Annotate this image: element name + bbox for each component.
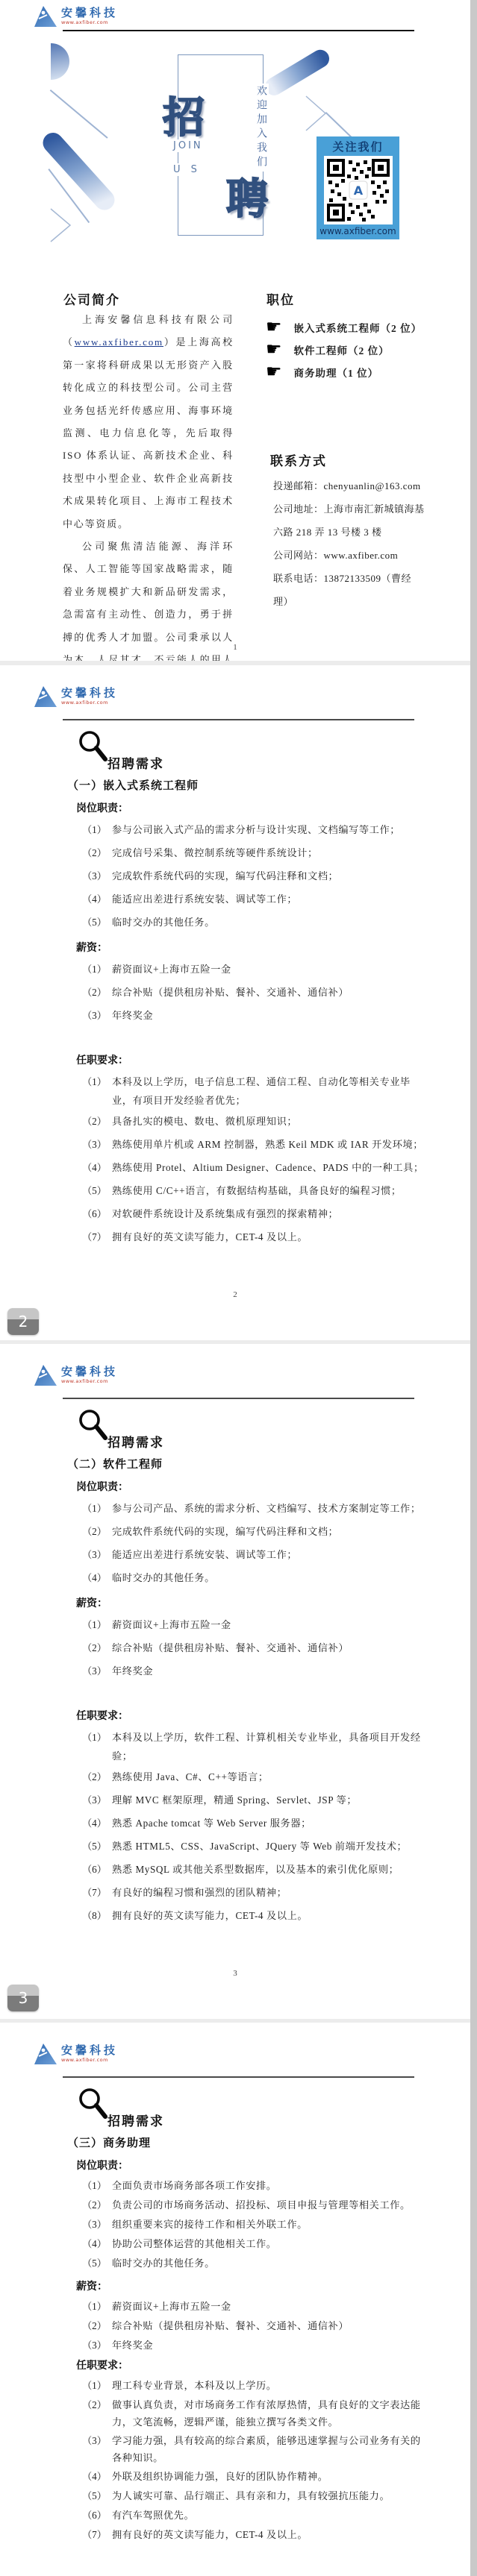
company-intro-heading: 公司简介: [63, 289, 120, 308]
brand-site: www.axfiber.com: [61, 2058, 118, 2063]
page-cover: 安馨科技 www.axfiber.com 招 JOIN U S 欢迎加入我们 聘…: [0, 0, 470, 661]
list-item: （1） 薪资面议+上海市五险一金: [82, 958, 427, 981]
page-job-software: 安馨科技 www.axfiber.com 招聘需求 （二）软件工程师 岗位职责：…: [0, 1344, 470, 2019]
recruit-heading-block: 招聘需求: [78, 729, 110, 767]
duties-list: （1） 参与公司产品、系统的需求分析、文档编写、技术方案制定等工作； （2） 完…: [82, 1497, 427, 1589]
brand-name: 安馨科技: [61, 7, 118, 19]
cover-char-zhao: 招: [163, 85, 205, 145]
page-indicator-badge: 3: [7, 1985, 39, 2011]
duties-label: 岗位职责：: [76, 800, 427, 815]
list-item: （4） 熟悉 Apache tomcat 等 Web Server 服务器；: [82, 1812, 427, 1835]
magnifier-icon: [78, 2111, 110, 2124]
cover-us-text: U S: [171, 163, 203, 176]
deco-triangle-left: [49, 207, 73, 248]
list-item: （1） 参与公司产品、系统的需求分析、文档编写、技术方案制定等工作；: [82, 1497, 427, 1520]
list-item: （2） 熟练使用 Java、C#、C++等语言；: [82, 1765, 427, 1788]
requirements-label: 任职要求：: [76, 2357, 427, 2372]
list-item: （4） 熟练使用 Protel、Altium Designer、Cadence、…: [82, 1156, 427, 1179]
job-section: （二）软件工程师 岗位职责： （1） 参与公司产品、系统的需求分析、文档编写、技…: [67, 1456, 427, 1927]
brand-name: 安馨科技: [61, 1366, 118, 1377]
cover-join-text: JOIN: [171, 139, 205, 152]
list-item: （7） 拥有良好的英文读写能力，CET-4 及以上。: [82, 2525, 427, 2544]
recruit-heading: 招聘需求: [107, 753, 164, 772]
duties-label: 岗位职责：: [76, 1479, 427, 1494]
logo-triangle-icon: [34, 2043, 57, 2068]
list-item: （6） 熟悉 MySQL 或其他关系型数据库，以及基本的索引优化原则；: [82, 1858, 427, 1881]
list-item: （4） 外联及组织协调能力强，良好的团队协作精神。: [82, 2466, 427, 2486]
contact-heading: 联系方式: [270, 450, 327, 469]
job-title: （一）嵌入式系统工程师: [67, 777, 427, 793]
header-rule: [63, 2076, 414, 2078]
list-item: （3） 学习能力强，具有较高的综合素质，能够迅速掌握与公司业务有关的各种知识。: [82, 2431, 427, 2466]
duties-list: （1） 全面负责市场商务部各项工作安排。 （2） 负责公司的市场商务活动、招投标…: [82, 2176, 427, 2272]
page-indicator-badge: 2: [7, 1308, 39, 1335]
salary-list: （1） 薪资面议+上海市五险一金 （2） 综合补贴（提供租房补贴、餐补、交通补、…: [82, 1613, 427, 1683]
requirements-list: （1） 本科及以上学历，电子信息工程、通信工程、自动化等相关专业毕业，有项目开发…: [82, 1070, 427, 1248]
recruit-heading-block: 招聘需求: [78, 1408, 110, 1446]
duties-label: 岗位职责：: [76, 2158, 427, 2173]
pointing-hand-icon: ☛: [266, 318, 282, 336]
list-item: （2） 完成信号采集、微控制系统等硬件系统设计；: [82, 841, 427, 864]
company-intro-text: 上海安馨信息科技有限公司（www.axfiber.com）是上海高校第一家将科研…: [63, 309, 234, 661]
list-item: （3） 年终奖金: [82, 1659, 427, 1683]
list-item: （1） 薪资面议+上海市五险一金: [82, 1613, 427, 1636]
page-number: 2: [0, 1290, 470, 1299]
requirements-label: 任职要求：: [76, 1708, 427, 1723]
list-item: （5） 为人诚实可靠、品行端正、具有亲和力，具有较强抗压能力。: [82, 2486, 427, 2505]
page-job-embedded: 安馨科技 www.axfiber.com 招聘需求 （一）嵌入式系统工程师 岗位…: [0, 665, 470, 1340]
list-item: （1） 本科及以上学历，电子信息工程、通信工程、自动化等相关专业毕业，有项目开发…: [82, 1070, 427, 1110]
pointing-hand-icon: ☛: [266, 341, 282, 359]
brand-site: www.axfiber.com: [61, 1379, 118, 1384]
deco-triangle-right: [305, 95, 328, 137]
page-job-business: 安馨科技 www.axfiber.com 招聘需求 （三）商务助理 岗位职责： …: [0, 2023, 470, 2576]
list-item: （3） 年终奖金: [82, 2335, 427, 2354]
list-item: （7） 拥有良好的英文读写能力，CET-4 及以上。: [82, 1225, 427, 1248]
list-item: （1） 理工科专业背景，本科及以上学历。: [82, 2375, 427, 2395]
magnifier-icon: [78, 754, 110, 767]
logo-triangle-icon: [34, 6, 57, 31]
qr-code: A: [324, 156, 393, 224]
intro-paragraph-2: 公司聚焦清洁能源、海洋环保、人工智能等国家战略需求，随着业务规模扩大和新品研发需…: [63, 535, 234, 661]
follow-us-label: 关注我们: [317, 139, 399, 154]
brand-site: www.axfiber.com: [61, 20, 118, 25]
logo-triangle-icon: [34, 686, 57, 711]
positions-heading: 职位: [266, 289, 295, 308]
page-number: 1: [0, 643, 470, 652]
page-gap: [0, 1340, 470, 1344]
salary-label: 薪资：: [76, 1595, 427, 1610]
header-rule: [63, 30, 414, 31]
position-item: ☛ 软件工程师（2 位）: [266, 339, 422, 361]
contact-line: 投递邮箱：chenyuanlin@163.com: [273, 474, 426, 497]
deco-half-circle: [51, 43, 69, 80]
company-logo: 安馨科技 www.axfiber.com: [34, 6, 118, 31]
job-section: （三）商务助理 岗位职责： （1） 全面负责市场商务部各项工作安排。 （2） 负…: [67, 2134, 427, 2544]
page-number: 3: [0, 1969, 470, 1978]
company-logo: 安馨科技 www.axfiber.com: [34, 1365, 118, 1389]
page-gap: [0, 661, 470, 665]
list-item: （8） 拥有良好的英文读写能力，CET-4 及以上。: [82, 1904, 427, 1927]
brand-name: 安馨科技: [61, 688, 118, 699]
list-item: （5） 熟悉 HTML5、CSS、JavaScript、JQuery 等 Web…: [82, 1835, 427, 1858]
list-item: （3） 能适应出差进行系统安装、调试等工作；: [82, 1543, 427, 1566]
salary-label: 薪资：: [76, 940, 427, 955]
contact-line: 联系电话：13872133509（曹经理）: [273, 567, 426, 613]
document-viewer: 安馨科技 www.axfiber.com 招 JOIN U S 欢迎加入我们 聘…: [0, 0, 477, 2576]
list-item: （2） 具备扎实的模电、数电、微机原理知识；: [82, 1110, 427, 1133]
requirements-list: （1） 本科及以上学历，软件工程、计算机相关专业毕业，具备项目开发经验； （2）…: [82, 1726, 427, 1927]
company-logo: 安馨科技 www.axfiber.com: [34, 2043, 118, 2068]
requirements-label: 任职要求：: [76, 1052, 427, 1067]
qr-website-label: www.axfiber.com: [317, 226, 399, 236]
wechat-qr-panel: 关注我们: [317, 136, 399, 239]
list-item: （3） 理解 MVC 框架原理，精通 Spring、Servlet、JSP 等；: [82, 1788, 427, 1812]
position-label: 商务助理（1 位）: [294, 365, 379, 380]
contact-line: 公司网站：www.axfiber.com: [273, 544, 426, 567]
requirements-list: （1） 理工科专业背景，本科及以上学历。 （2） 做事认真负责，对市场商务工作有…: [82, 2375, 427, 2544]
list-item: （3） 组织重要来宾的接待工作和相关外联工作。: [82, 2214, 427, 2234]
salary-list: （1） 薪资面议+上海市五险一金 （2） 综合补贴（提供租房补贴、餐补、交通补、…: [82, 2296, 427, 2354]
list-item: （5） 临时交办的其他任务。: [82, 911, 427, 934]
cover-welcome-vertical-text: 欢迎加入我们: [252, 84, 269, 172]
list-item: （1） 参与公司嵌入式产品的需求分析与设计实现、文档编写等工作；: [82, 818, 427, 841]
duties-list: （1） 参与公司嵌入式产品的需求分析与设计实现、文档编写等工作； （2） 完成信…: [82, 818, 427, 934]
list-item: （5） 临时交办的其他任务。: [82, 2253, 427, 2272]
recruit-heading: 招聘需求: [107, 1432, 164, 1451]
positions-list: ☛ 嵌入式系统工程师（2 位） ☛ 软件工程师（2 位） ☛ 商务助理（1 位）: [266, 316, 422, 383]
job-title: （三）商务助理: [67, 2134, 427, 2150]
salary-list: （1） 薪资面议+上海市五险一金 （2） 综合补贴（提供租房补贴、餐补、交通补、…: [82, 958, 427, 1027]
list-item: （3） 熟练使用单片机或 ARM 控制器，熟悉 Keil MDK 或 IAR 开…: [82, 1133, 427, 1156]
header-rule: [63, 1398, 414, 1399]
company-logo: 安馨科技 www.axfiber.com: [34, 686, 118, 711]
list-item: （1） 全面负责市场商务部各项工作安排。: [82, 2176, 427, 2195]
job-section: （一）嵌入式系统工程师 岗位职责： （1） 参与公司嵌入式产品的需求分析与设计实…: [67, 777, 427, 1248]
position-label: 软件工程师（2 位）: [294, 342, 390, 357]
position-label: 嵌入式系统工程师（2 位）: [294, 320, 423, 335]
list-item: （4） 临时交办的其他任务。: [82, 1566, 427, 1589]
page-gap: [0, 2019, 470, 2023]
position-item: ☛ 嵌入式系统工程师（2 位）: [266, 316, 422, 339]
cover-char-pin: 聘: [226, 166, 268, 226]
intro-paragraph-1: 上海安馨信息科技有限公司（www.axfiber.com）是上海高校第一家将科研…: [63, 309, 234, 535]
list-item: （6） 对软硬件系统设计及系统集成有强烈的探索精神；: [82, 1202, 427, 1225]
header-rule: [63, 719, 414, 720]
list-item: （2） 负责公司的市场商务活动、招投标、项目申报与管理等相关工作。: [82, 2195, 427, 2214]
scrollbar[interactable]: [470, 0, 477, 2576]
logo-triangle-icon: [34, 1365, 57, 1389]
deco-line: [50, 89, 108, 138]
qr-center-logo: A: [353, 183, 363, 198]
brand-site: www.axfiber.com: [61, 700, 118, 706]
list-item: （1） 薪资面议+上海市五险一金: [82, 2296, 427, 2316]
list-item: （2） 综合补贴（提供租房补贴、餐补、交通补、通信补）: [82, 1636, 427, 1659]
website-link[interactable]: www.axfiber.com: [75, 336, 163, 348]
list-item: （2） 综合补贴（提供租房补贴、餐补、交通补、通信补）: [82, 2316, 427, 2335]
recruit-heading-block: 招聘需求: [78, 2087, 110, 2125]
list-item: （2） 完成软件系统代码的实现，编写代码注释和文档；: [82, 1520, 427, 1543]
list-item: （3） 完成软件系统代码的实现，编写代码注释和文档；: [82, 864, 427, 888]
recruit-heading: 招聘需求: [107, 2111, 164, 2129]
magnifier-icon: [78, 1433, 110, 1445]
list-item: （1） 本科及以上学历，软件工程、计算机相关专业毕业，具备项目开发经验；: [82, 1726, 427, 1765]
job-title: （二）软件工程师: [67, 1456, 427, 1471]
list-item: （6） 有汽车驾照优先。: [82, 2505, 427, 2525]
list-item: （2） 综合补贴（提供租房补贴、餐补、交通补、通信补）: [82, 981, 427, 1004]
list-item: （4） 协助公司整体运营的其他相关工作。: [82, 2234, 427, 2253]
deco-pill-right: [262, 46, 333, 98]
salary-label: 薪资：: [76, 2278, 427, 2293]
contact-list: 投递邮箱：chenyuanlin@163.com 公司地址：上海市南汇新城镇海基…: [273, 474, 426, 613]
brand-name: 安馨科技: [61, 2045, 118, 2056]
position-item: ☛ 商务助理（1 位）: [266, 361, 422, 383]
list-item: （4） 能适应出差进行系统安装、调试等工作；: [82, 888, 427, 911]
pointing-hand-icon: ☛: [266, 363, 282, 381]
list-item: （3） 年终奖金: [82, 1004, 427, 1027]
list-item: （7） 有良好的编程习惯和强烈的团队精神；: [82, 1881, 427, 1904]
contact-line: 公司地址：上海市南汇新城镇海基六路 218 弄 13 号楼 3 楼: [273, 497, 426, 544]
list-item: （5） 熟练使用 C/C++语言，有数据结构基础，具备良好的编程习惯；: [82, 1179, 427, 1202]
list-item: （2） 做事认真负责，对市场商务工作有浓厚热情，具有良好的文字表达能力，文笔流畅…: [82, 2395, 427, 2431]
